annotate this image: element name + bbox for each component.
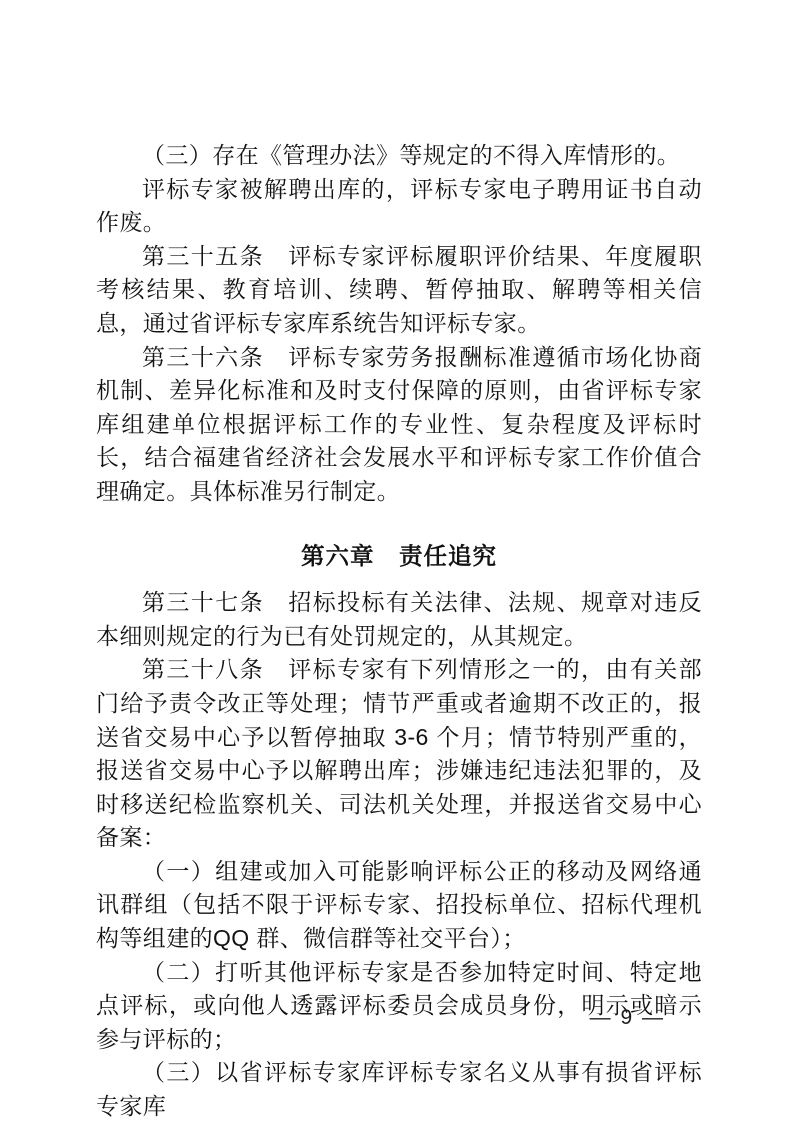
paragraph: 第三十六条 评标专家劳务报酬标准遵循市场化协商机制、差异化标准和及时支付保障的原…: [96, 341, 702, 509]
document-page: （三）存在《管理办法》等规定的不得入库情形的。 评标专家被解聘出库的，评标专家电…: [0, 0, 793, 1122]
paragraph: （三）存在《管理办法》等规定的不得入库情形的。: [96, 139, 702, 173]
paragraph: 评标专家被解聘出库的，评标专家电子聘用证书自动作废。: [96, 173, 702, 240]
chapter-heading: 第六章 责任追究: [96, 540, 702, 574]
paragraph: （三）以省评标专家库评标专家名义从事有损省评标专家库: [96, 1056, 702, 1122]
paragraph: 第三十七条 招标投标有关法律、法规、规章对违反本细则规定的行为已有处罚规定的，从…: [96, 586, 702, 653]
paragraph: 第三十八条 评标专家有下列情形之一的，由有关部门给予责令改正等处理；情节严重或者…: [96, 653, 702, 855]
paragraph: （一）组建或加入可能影响评标公正的移动及网络通讯群组（包括不限于评标专家、招投标…: [96, 855, 702, 956]
paragraph: 第三十五条 评标专家评标履职评价结果、年度履职考核结果、教育培训、续聘、暂停抽取…: [96, 240, 702, 341]
document-body: （三）存在《管理办法》等规定的不得入库情形的。 评标专家被解聘出库的，评标专家电…: [96, 139, 702, 1122]
page-number: — 9 —: [590, 1006, 665, 1030]
